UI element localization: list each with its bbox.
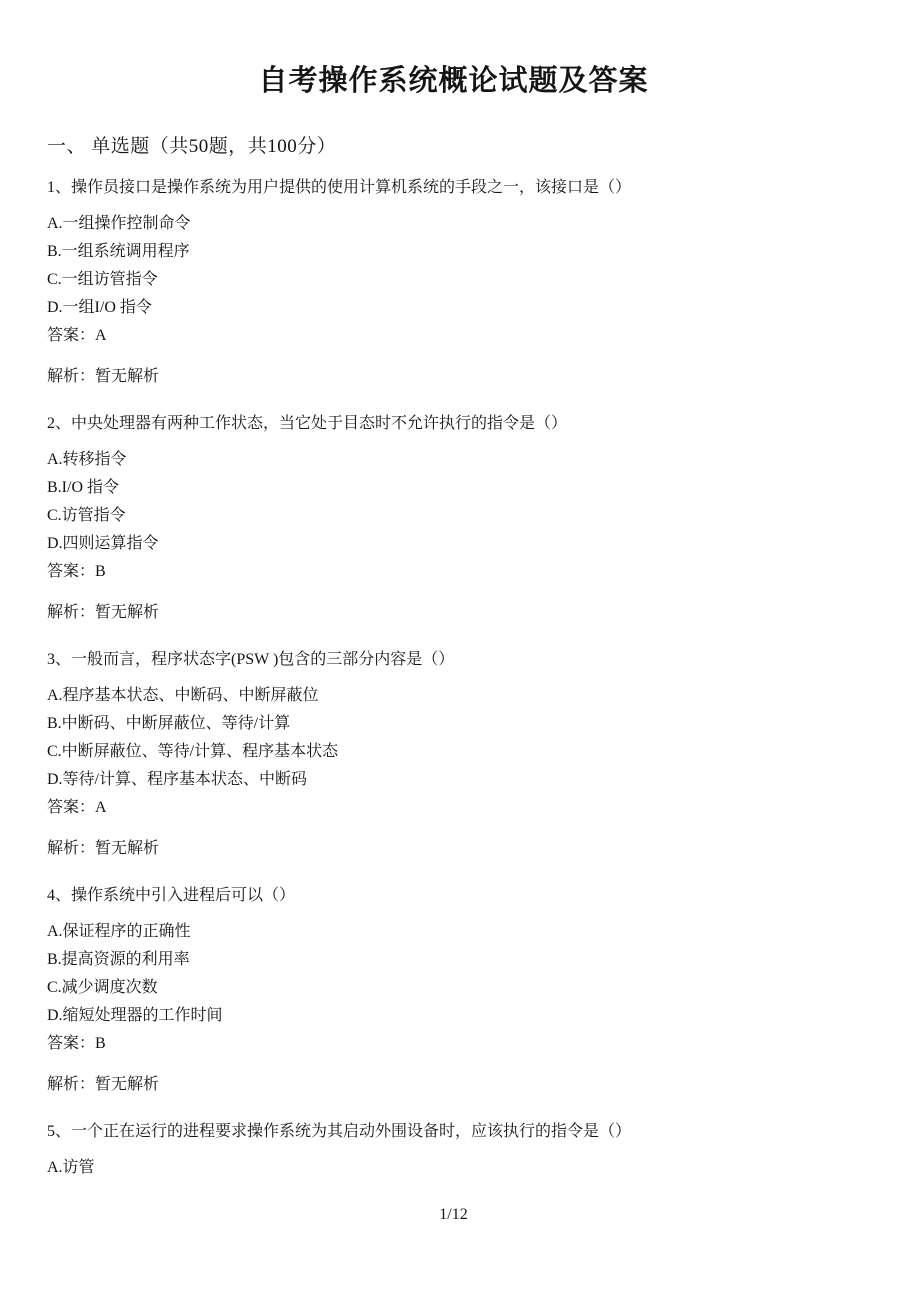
option-d: D.四则运算指令 (47, 534, 860, 554)
question-block-1: 1、操作员接口是操作系统为用户提供的使用计算机系统的手段之一，该接口是（） A.… (47, 178, 860, 387)
option-c: C.一组访管指令 (47, 270, 860, 290)
question-block-5: 5、一个正在运行的进程要求操作系统为其启动外围设备时，应该执行的指令是（） A.… (47, 1122, 860, 1178)
question-block-2: 2、中央处理器有两种工作状态，当它处于目态时不允许执行的指令是（） A.转移指令… (47, 414, 860, 623)
option-b: B.提高资源的利用率 (47, 950, 860, 970)
option-list: A.一组操作控制命令 B.一组系统调用程序 C.一组访管指令 D.一组I/O 指… (47, 214, 860, 318)
answer-line: 答案：B (47, 562, 860, 582)
question-text: 4、操作系统中引入进程后可以（） (47, 886, 860, 906)
option-c: C.中断屏蔽位、等待/计算、程序基本状态 (47, 742, 860, 762)
section-heading: 一、 单选题（共50题，共100分） (47, 134, 860, 160)
option-a: A.一组操作控制命令 (47, 214, 860, 234)
question-block-3: 3、一般而言，程序状态字(PSW )包含的三部分内容是（） A.程序基本状态、中… (47, 650, 860, 859)
option-d: D.一组I/O 指令 (47, 298, 860, 318)
question-text: 2、中央处理器有两种工作状态，当它处于目态时不允许执行的指令是（） (47, 414, 860, 434)
question-text: 1、操作员接口是操作系统为用户提供的使用计算机系统的手段之一，该接口是（） (47, 178, 860, 198)
option-b: B.中断码、中断屏蔽位、等待/计算 (47, 714, 860, 734)
option-a: A.保证程序的正确性 (47, 922, 860, 942)
option-list: A.访管 (47, 1158, 860, 1178)
option-a: A.程序基本状态、中断码、中断屏蔽位 (47, 686, 860, 706)
question-text: 5、一个正在运行的进程要求操作系统为其启动外围设备时，应该执行的指令是（） (47, 1122, 860, 1142)
option-b: B.I/O 指令 (47, 478, 860, 498)
analysis-line: 解析：暂无解析 (47, 603, 860, 623)
answer-line: 答案：A (47, 798, 860, 818)
option-list: A.保证程序的正确性 B.提高资源的利用率 C.减少调度次数 D.缩短处理器的工… (47, 922, 860, 1026)
question-block-4: 4、操作系统中引入进程后可以（） A.保证程序的正确性 B.提高资源的利用率 C… (47, 886, 860, 1095)
question-list: 1、操作员接口是操作系统为用户提供的使用计算机系统的手段之一，该接口是（） A.… (47, 178, 860, 1178)
option-d: D.缩短处理器的工作时间 (47, 1006, 860, 1026)
option-c: C.访管指令 (47, 506, 860, 526)
exam-document: 自考操作系统概论试题及答案 一、 单选题（共50题，共100分） 1、操作员接口… (0, 0, 920, 1302)
option-a: A.访管 (47, 1158, 860, 1178)
option-list: A.转移指令 B.I/O 指令 C.访管指令 D.四则运算指令 (47, 450, 860, 554)
answer-line: 答案：A (47, 326, 860, 346)
page-number: 1/12 (47, 1205, 860, 1225)
option-a: A.转移指令 (47, 450, 860, 470)
analysis-line: 解析：暂无解析 (47, 367, 860, 387)
option-d: D.等待/计算、程序基本状态、中断码 (47, 770, 860, 790)
option-b: B.一组系统调用程序 (47, 242, 860, 262)
document-title: 自考操作系统概论试题及答案 (47, 0, 860, 100)
document-page: { "document": { "title": "自考操作系统概论试题及答案"… (0, 0, 920, 1302)
analysis-line: 解析：暂无解析 (47, 1075, 860, 1095)
option-list: A.程序基本状态、中断码、中断屏蔽位 B.中断码、中断屏蔽位、等待/计算 C.中… (47, 686, 860, 790)
option-c: C.减少调度次数 (47, 978, 860, 998)
answer-line: 答案：B (47, 1034, 860, 1054)
question-text: 3、一般而言，程序状态字(PSW )包含的三部分内容是（） (47, 650, 860, 670)
analysis-line: 解析：暂无解析 (47, 839, 860, 859)
